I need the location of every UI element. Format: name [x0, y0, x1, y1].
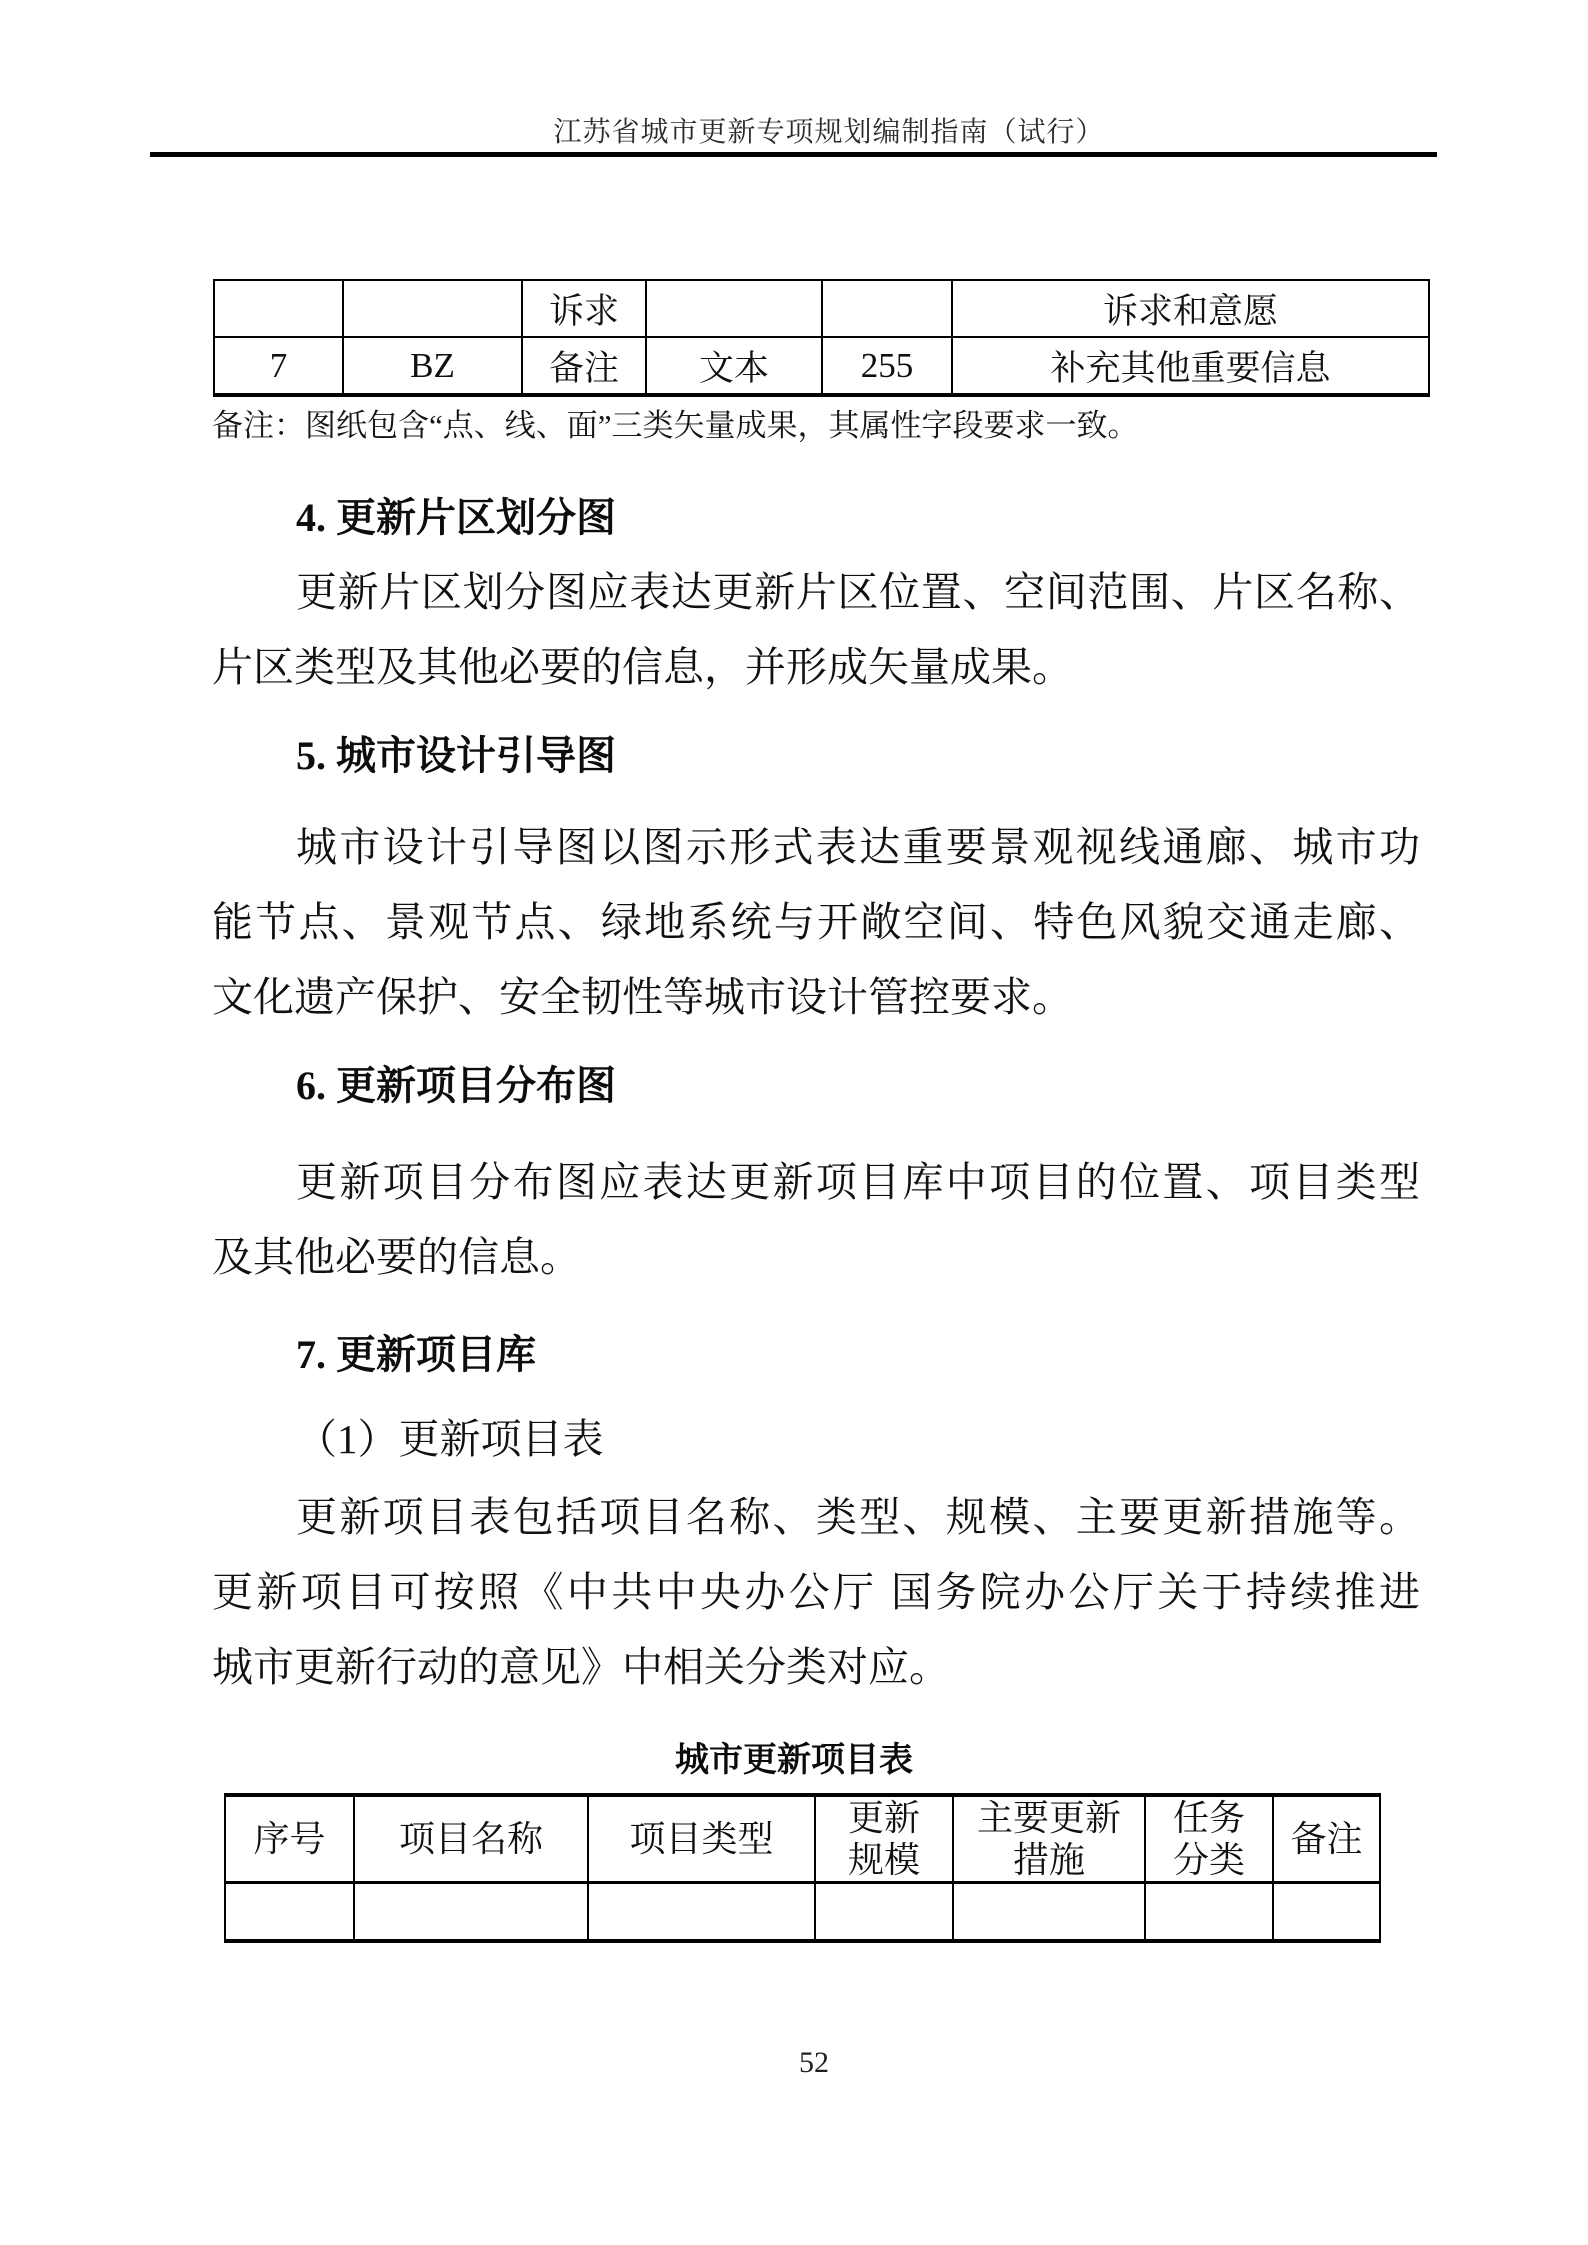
running-header-title: 江苏省城市更新专项规划编制指南（试行）	[0, 110, 1588, 150]
table-cell: 诉求	[522, 280, 646, 337]
header-rule	[150, 152, 1437, 157]
section-6-heading: 6. 更新项目分布图	[296, 1054, 616, 1111]
section-7-subheading: （1）更新项目表	[296, 1413, 604, 1466]
table-cell: 诉求和意愿	[952, 280, 1429, 337]
table-cell: 7	[214, 337, 343, 395]
table-cell	[343, 280, 522, 337]
table-cell: BZ	[343, 337, 522, 395]
table-header-cell: 备注	[1273, 1795, 1380, 1883]
table-cell	[822, 280, 952, 337]
paragraph-line: 更新项目可按照《中共中央办公厅 国务院办公厅关于持续推进	[212, 1566, 1420, 1619]
document-page: 江苏省城市更新专项规划编制指南（试行） 诉求 诉求和意愿 7 BZ 备注 文本 …	[0, 0, 1588, 2245]
table-cell	[214, 280, 343, 337]
table-cell	[225, 1883, 354, 1942]
table-header-cell: 任务 分类	[1145, 1795, 1273, 1883]
table-cell	[953, 1883, 1145, 1942]
project-table-caption: 城市更新项目表	[0, 1732, 1588, 1781]
table-cell	[588, 1883, 815, 1942]
table-cell	[354, 1883, 588, 1942]
table-cell	[1145, 1883, 1273, 1942]
table-cell	[646, 280, 822, 337]
page-number: 52	[0, 2046, 1588, 2080]
section-7-heading: 7. 更新项目库	[296, 1323, 536, 1380]
table-cell	[1273, 1883, 1380, 1942]
table-header-row: 序号 项目名称 项目类型 更新 规模 主要更新 措施 任务 分类 备注	[225, 1795, 1380, 1883]
table-header-cell: 主要更新 措施	[953, 1795, 1145, 1883]
paragraph-line: 更新项目分布图应表达更新项目库中项目的位置、项目类型	[296, 1156, 1420, 1209]
table-header-cell: 更新 规模	[815, 1795, 953, 1883]
paragraph-line: 更新片区划分图应表达更新片区位置、空间范围、片区名称、	[296, 566, 1420, 619]
table-row	[225, 1883, 1380, 1942]
attribute-table: 诉求 诉求和意愿 7 BZ 备注 文本 255 补充其他重要信息	[213, 279, 1430, 397]
paragraph-line: 能节点、景观节点、绿地系统与开敞空间、特色风貌交通走廊、	[212, 896, 1420, 949]
table-note: 备注：图纸包含“点、线、面”三类矢量成果，其属性字段要求一致。	[212, 400, 1139, 445]
section-4-heading: 4. 更新片区划分图	[296, 486, 616, 543]
table-cell: 文本	[646, 337, 822, 395]
paragraph-line: 更新项目表包括项目名称、类型、规模、主要更新措施等。	[296, 1491, 1420, 1544]
table-cell: 补充其他重要信息	[952, 337, 1429, 395]
table-header-cell: 项目名称	[354, 1795, 588, 1883]
section-5-heading: 5. 城市设计引导图	[296, 724, 616, 781]
paragraph-line: 及其他必要的信息。	[212, 1231, 581, 1284]
table-header-cell: 项目类型	[588, 1795, 815, 1883]
paragraph-line: 文化遗产保护、安全韧性等城市设计管控要求。	[212, 971, 1073, 1024]
table-row: 7 BZ 备注 文本 255 补充其他重要信息	[214, 337, 1429, 395]
paragraph-line: 城市设计引导图以图示形式表达重要景观视线通廊、城市功	[296, 821, 1420, 874]
table-cell: 备注	[522, 337, 646, 395]
paragraph-line: 城市更新行动的意见》中相关分类对应。	[212, 1641, 950, 1694]
table-cell: 255	[822, 337, 952, 395]
table-cell	[815, 1883, 953, 1942]
project-table: 序号 项目名称 项目类型 更新 规模 主要更新 措施 任务 分类 备注	[224, 1793, 1381, 1943]
table-row: 诉求 诉求和意愿	[214, 280, 1429, 337]
table-header-cell: 序号	[225, 1795, 354, 1883]
paragraph-line: 片区类型及其他必要的信息，并形成矢量成果。	[212, 641, 1073, 694]
